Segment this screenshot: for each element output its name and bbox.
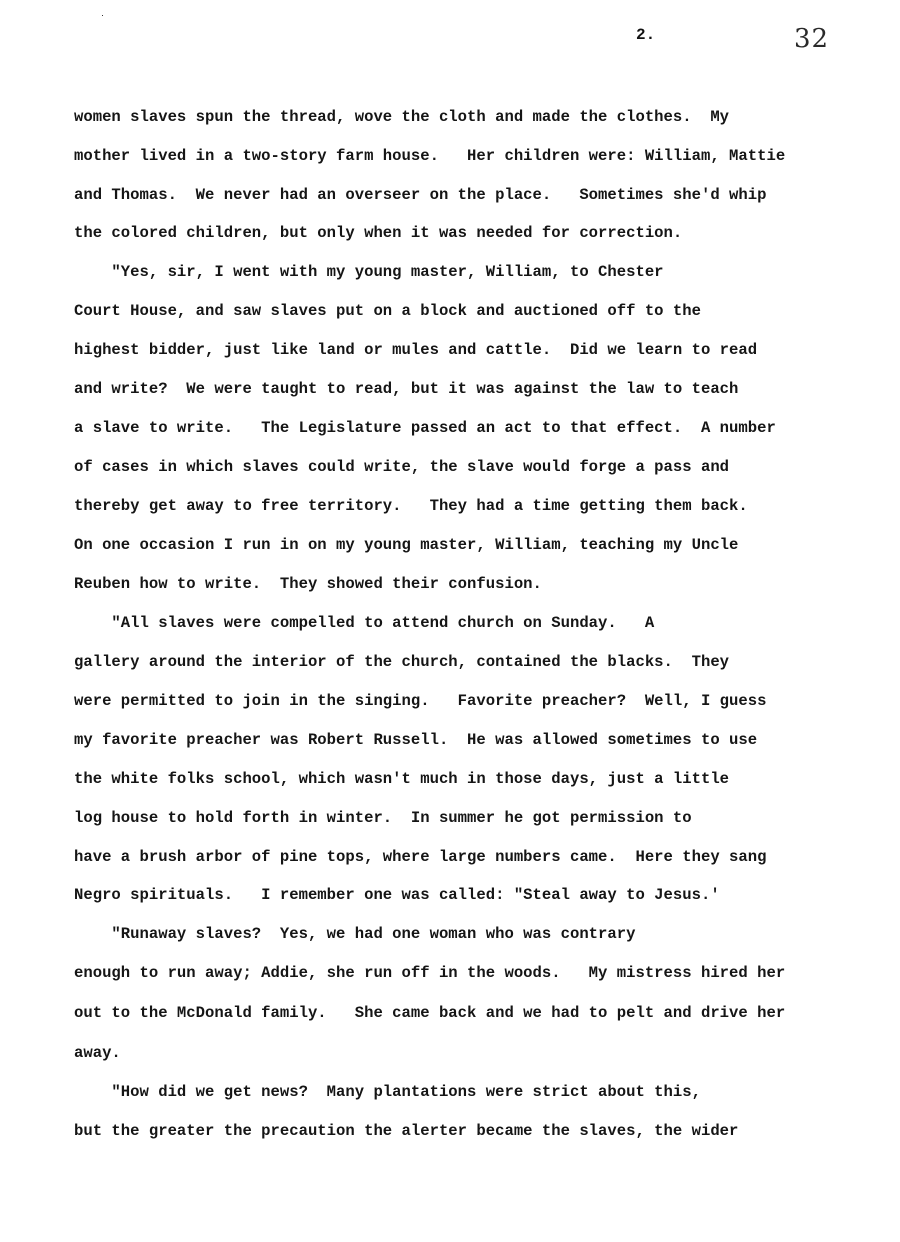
text-line: Court House, and saw slaves put on a blo…: [74, 302, 701, 320]
text-line: the white folks school, which wasn't muc…: [74, 770, 729, 788]
paragraph-start-line: "Runaway slaves? Yes, we had one woman w…: [74, 925, 635, 943]
text-line: gallery around the interior of the churc…: [74, 653, 729, 671]
text-line: On one occasion I run in on my young mas…: [74, 536, 738, 554]
text-line: mother lived in a two-story farm house. …: [74, 147, 785, 165]
scan-speck: [102, 15, 103, 16]
text-line: Reuben how to write. They showed their c…: [74, 575, 542, 593]
text-line: of cases in which slaves could write, th…: [74, 458, 729, 476]
text-line: were permitted to join in the singing. F…: [74, 692, 766, 710]
text-line: and Thomas. We never had an overseer on …: [74, 186, 766, 204]
text-line: and write? We were taught to read, but i…: [74, 380, 738, 398]
text-line: my favorite preacher was Robert Russell.…: [74, 731, 757, 749]
text-line: but the greater the precaution the alert…: [74, 1122, 738, 1140]
paragraph-start-line: "How did we get news? Many plantations w…: [74, 1083, 701, 1101]
paragraph-start-line: "Yes, sir, I went with my young master, …: [74, 263, 664, 281]
folio-stamp-number: 32: [794, 24, 829, 54]
text-line: enough to run away; Addie, she run off i…: [74, 964, 785, 982]
text-line: women slaves spun the thread, wove the c…: [74, 108, 729, 126]
text-line: have a brush arbor of pine tops, where l…: [74, 848, 766, 866]
text-line: thereby get away to free territory. They…: [74, 497, 748, 515]
text-line: the colored children, but only when it w…: [74, 224, 682, 242]
text-line: highest bidder, just like land or mules …: [74, 341, 757, 359]
paragraph-start-line: "All slaves were compelled to attend chu…: [74, 614, 654, 632]
text-line: log house to hold forth in winter. In su…: [74, 809, 692, 827]
page-number: 2.: [636, 26, 655, 44]
text-line: out to the McDonald family. She came bac…: [74, 1004, 785, 1022]
text-line: Negro spirituals. I remember one was cal…: [74, 886, 720, 904]
text-line: away.: [74, 1044, 121, 1062]
typewritten-page: 2. 32 women slaves spun the thread, wove…: [0, 0, 900, 1242]
text-line: a slave to write. The Legislature passed…: [74, 419, 776, 437]
